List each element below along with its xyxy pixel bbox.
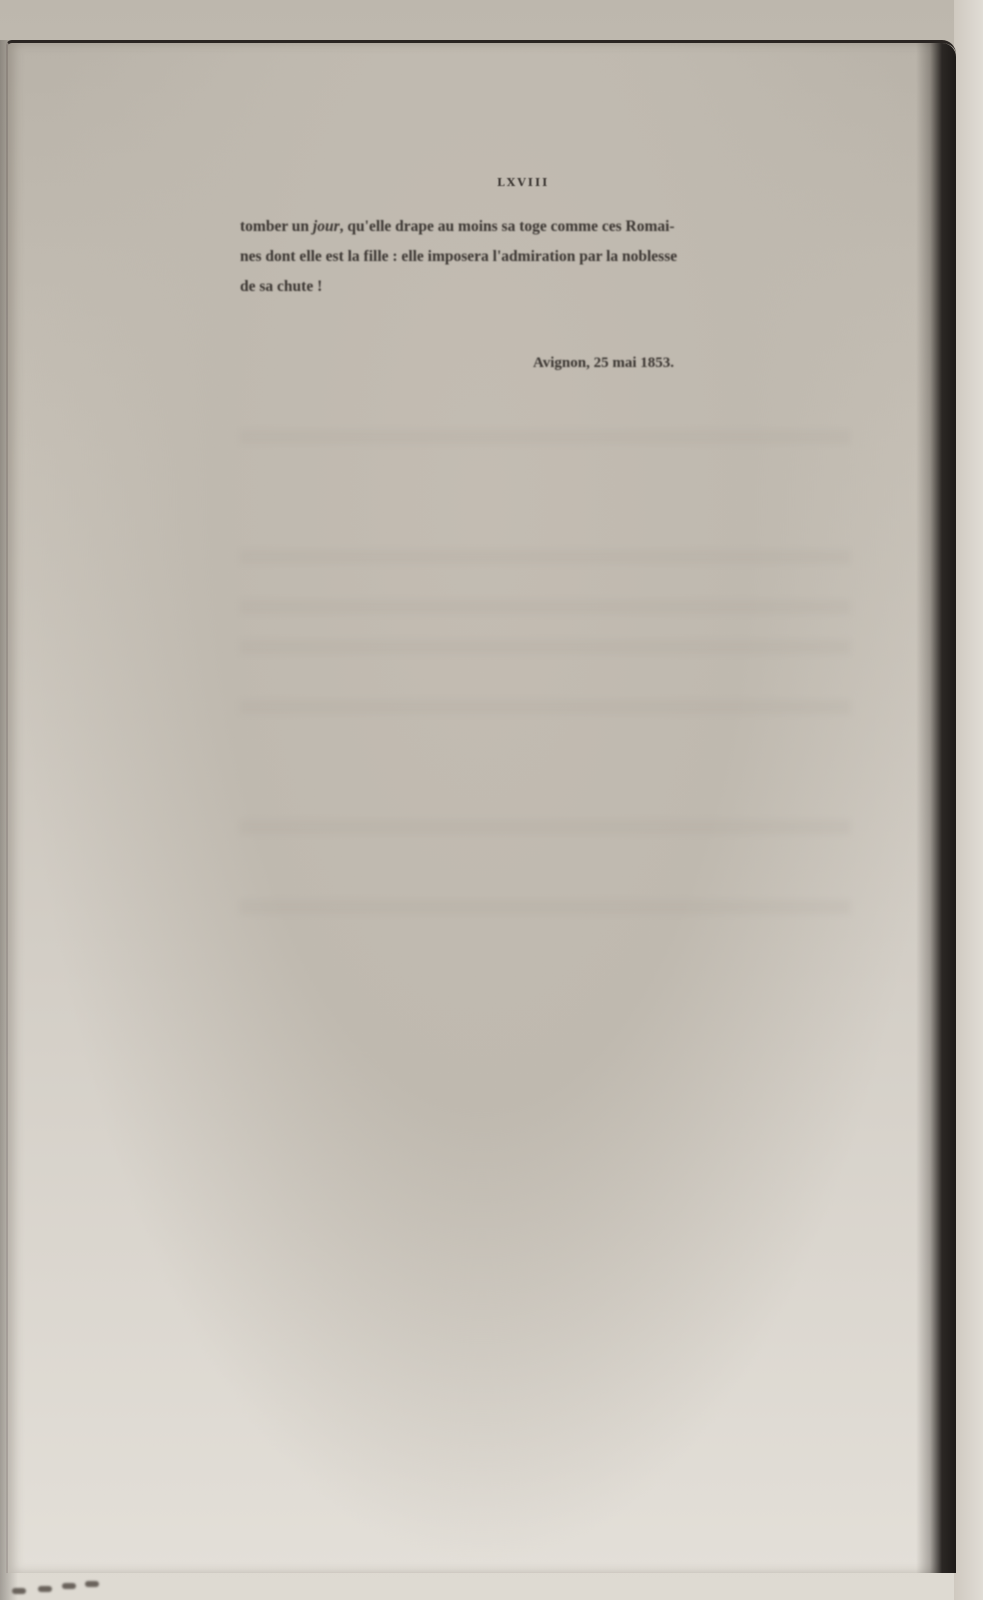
background-surface bbox=[954, 0, 983, 1600]
show-through-line bbox=[240, 600, 850, 614]
edge-mark bbox=[12, 1588, 26, 1594]
paragraph: tomber un jour, qu'elle drape au moins s… bbox=[240, 212, 840, 302]
show-through-line bbox=[240, 640, 850, 654]
edge-mark bbox=[85, 1581, 99, 1587]
show-through-line bbox=[240, 700, 850, 714]
paragraph-line: nes dont elle est la fille : elle impose… bbox=[240, 242, 840, 272]
book-cover-edge bbox=[916, 43, 956, 1573]
page-number-roman: LXVIII bbox=[497, 176, 549, 189]
photo-scene: LXVIII tomber un jour, qu'elle drape au … bbox=[0, 0, 983, 1600]
place-date-signature: Avignon, 25 mai 1853. bbox=[533, 355, 674, 372]
edge-mark bbox=[38, 1586, 52, 1592]
edge-mark bbox=[62, 1583, 76, 1589]
show-through-line bbox=[240, 900, 850, 914]
show-through-line bbox=[240, 820, 850, 834]
paragraph-line: de sa chute ! bbox=[240, 272, 840, 302]
show-through-line bbox=[240, 430, 850, 444]
show-through-line bbox=[240, 550, 850, 564]
paragraph-line: tomber un jour, qu'elle drape au moins s… bbox=[240, 212, 840, 242]
